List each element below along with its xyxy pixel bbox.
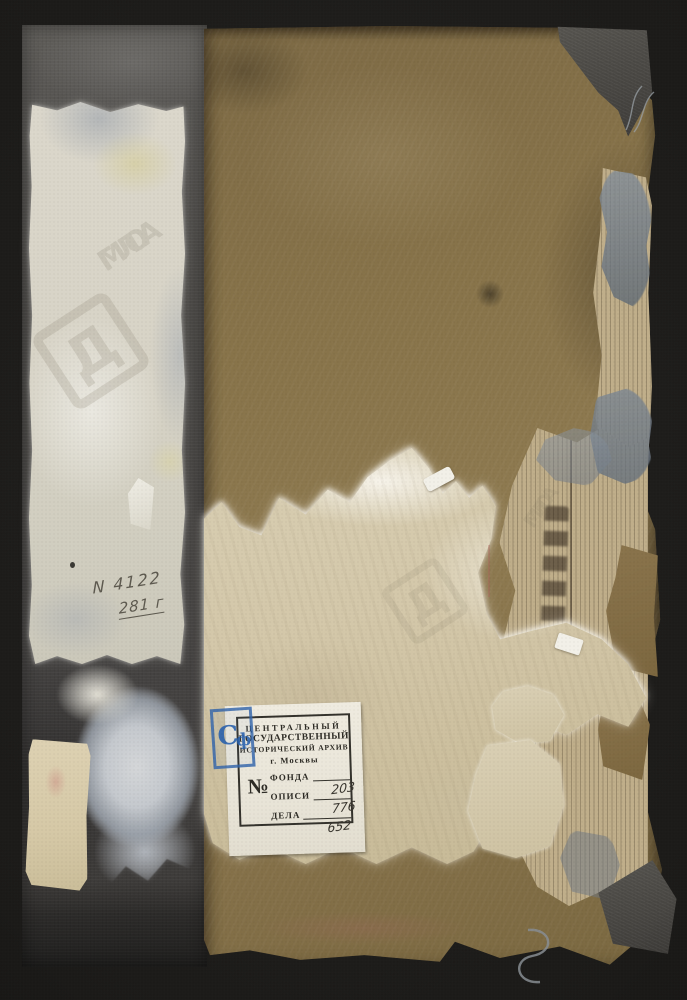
red-fiber-mark [488, 545, 490, 597]
frayed-thread-top-right [620, 80, 670, 140]
ink-dot [70, 562, 75, 568]
paper-blob-2 [468, 740, 564, 858]
library-blue-stamp: С ф [210, 707, 256, 770]
stamp-row-delo-label: ДЕЛА [271, 810, 301, 821]
archive-stamp-box: ЦЕНТРАЛЬНЫЙ ГОСУДАРСТВЕННЫЙ ИСТОРИЧЕСКИЙ… [236, 713, 353, 827]
stamp-row-delo-value: 652 [304, 817, 352, 819]
stamp-row-opis: ОПИСИ 776 [270, 780, 351, 802]
stamp-row-fond: ФОНДА 203 [270, 761, 351, 783]
frayed-thread-bottom-right [498, 926, 568, 996]
archive-label: С ф ЦЕНТРАЛЬНЫЙ ГОСУДАРСТВЕННЫЙ ИСТОРИЧЕ… [225, 702, 366, 856]
paper-blob-1 [492, 686, 564, 744]
stamp-row-delo: ДЕЛА 652 [271, 799, 352, 821]
stamp-numero-sign: № [245, 774, 272, 800]
watermark-letter: Д [52, 310, 130, 393]
archival-file-cover-photo: Д ГЛА МО N 4122 281 г Д [0, 0, 687, 1000]
stamp-rows: ФОНДА 203 ОПИСИ 776 ДЕЛА 652 [270, 761, 352, 820]
spine-bottom-fold [22, 880, 207, 967]
watermark-letter: Д [396, 570, 454, 631]
blue-stamp-letter-2: ф [235, 730, 252, 751]
tan-paper-strip [25, 739, 91, 891]
